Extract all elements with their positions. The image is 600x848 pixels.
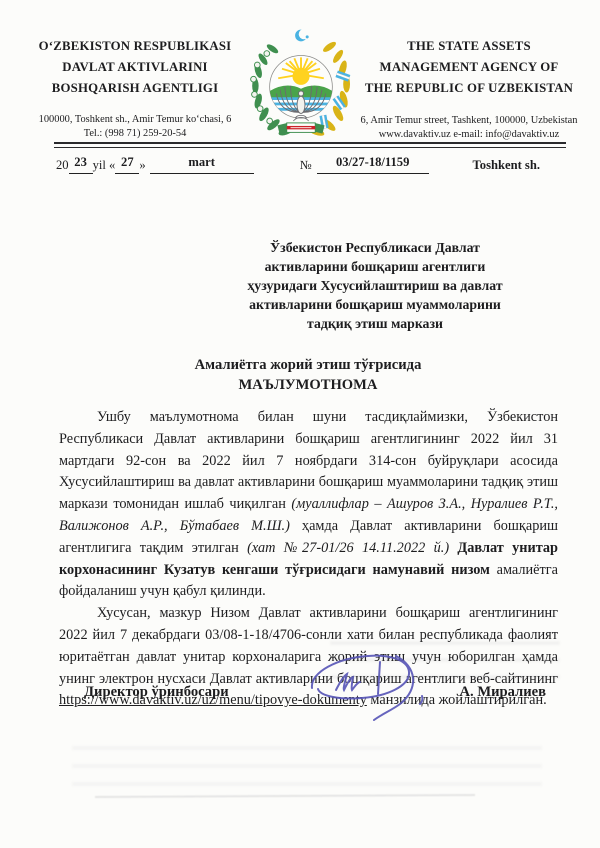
yil-label: yil bbox=[93, 158, 106, 172]
recipient-line: Ўзбекистон Республикаси Давлат bbox=[186, 238, 564, 257]
quote-close: » bbox=[139, 158, 145, 172]
day-blank: 27 bbox=[115, 159, 139, 174]
recipient-line: активларини бошқариш агентлиги bbox=[186, 257, 564, 276]
org-name-en-line: THE STATE ASSETS bbox=[360, 36, 578, 57]
number-sign: № bbox=[300, 158, 312, 172]
document-title: Амалиётга жорий этиш тўғрисида МАЪЛУМОТН… bbox=[60, 356, 556, 395]
org-name-en-line: MANAGEMENT AGENCY OF bbox=[360, 57, 578, 78]
date-field: 2023yil «27»mart bbox=[56, 158, 254, 174]
recipient-line: тадқиқ этиш маркази bbox=[186, 314, 564, 333]
bleed-through-line bbox=[95, 794, 475, 798]
month-blank: mart bbox=[150, 159, 254, 174]
dateline: 2023yil «27»mart №03/27-18/1159 Toshkent… bbox=[56, 158, 566, 174]
emblem-container bbox=[242, 26, 360, 140]
org-name-uz-line: DAVLAT AKTIVLARINI bbox=[28, 57, 242, 78]
org-name-uzbek: O‘ZBEKISTON RESPUBLIKASI DAVLAT AKTIVLAR… bbox=[28, 26, 242, 99]
crescent-star-icon bbox=[295, 29, 309, 41]
paragraph: Ушбу маълумотнома билан шуни тасдиқлайми… bbox=[59, 407, 558, 603]
address-uzbek: 100000, Toshkent sh., Amir Temur ko‘chas… bbox=[28, 113, 242, 140]
emblem-center bbox=[269, 55, 334, 121]
handwritten-signature-ink bbox=[292, 644, 444, 738]
org-name-en-line: THE REPUBLIC OF UZBEKISTAN bbox=[360, 78, 578, 99]
recipient-line: ҳузуридаги Хусусийлаштириш ва давлат bbox=[186, 276, 564, 295]
address-uz-line: Tel.: (998 71) 259-20-54 bbox=[28, 127, 242, 141]
address-en-line: www.davaktiv.uz e-mail: info@davaktiv.uz bbox=[360, 128, 578, 142]
document-number: 03/27-18/1159 bbox=[334, 155, 411, 169]
org-name-uz-line: O‘ZBEKISTON RESPUBLIKASI bbox=[28, 36, 242, 57]
year-blank: 23 bbox=[69, 159, 93, 174]
recipient-block: Ўзбекистон Республикаси Давлат активлари… bbox=[186, 238, 564, 333]
text-run: (хат №27-01/26 14.11.2022 й.) bbox=[247, 540, 449, 556]
address-uz-line: 100000, Toshkent sh., Amir Temur ko‘chas… bbox=[28, 113, 242, 127]
uzbekistan-emblem-icon bbox=[244, 26, 358, 140]
number-blank: 03/27-18/1159 bbox=[317, 159, 429, 174]
document-number-field: №03/27-18/1159 bbox=[300, 158, 429, 174]
signatory-name: А. Миралиев bbox=[459, 684, 546, 701]
address-en-line: 6, Amir Temur street, Tashkent, 100000, … bbox=[360, 114, 578, 128]
city-label: Toshkent sh. bbox=[473, 158, 540, 173]
double-separator-rule bbox=[54, 142, 566, 148]
signatory-role: Директор ўринбосари bbox=[84, 684, 229, 701]
org-block-uzbek: O‘ZBEKISTON RESPUBLIKASI DAVLAT AKTIVLAR… bbox=[28, 26, 242, 140]
scanned-letter-page: O‘ZBEKISTON RESPUBLIKASI DAVLAT AKTIVLAR… bbox=[0, 0, 600, 848]
org-block-english: THE STATE ASSETS MANAGEMENT AGENCY OF TH… bbox=[360, 26, 578, 141]
year-value: 23 bbox=[72, 155, 89, 169]
recipient-line: активларини бошқариш муаммоларини bbox=[186, 295, 564, 314]
address-english: 6, Amir Temur street, Tashkent, 100000, … bbox=[360, 114, 578, 141]
letterhead: O‘ZBEKISTON RESPUBLIKASI DAVLAT AKTIVLAR… bbox=[28, 26, 578, 141]
year-prefix: 20 bbox=[56, 158, 69, 172]
bleed-through-texture bbox=[72, 742, 542, 800]
day-value: 27 bbox=[119, 155, 136, 169]
org-name-uz-line: BOSHQARISH AGENTLIGI bbox=[28, 78, 242, 99]
title-line-1: Амалиётга жорий этиш тўғрисида bbox=[60, 356, 556, 376]
bottom-ribbon bbox=[277, 123, 324, 134]
month-value: mart bbox=[186, 155, 217, 169]
org-name-english: THE STATE ASSETS MANAGEMENT AGENCY OF TH… bbox=[360, 26, 578, 99]
title-line-2: МАЪЛУМОТНОМА bbox=[60, 376, 556, 396]
